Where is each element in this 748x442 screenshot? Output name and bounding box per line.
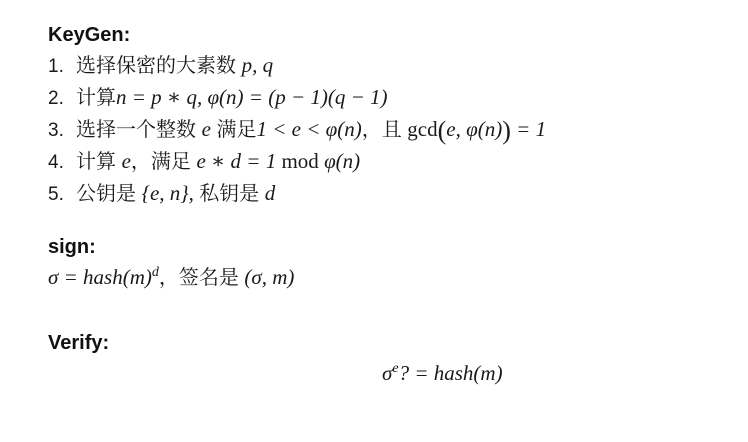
list-number: 4.	[48, 148, 76, 178]
close-paren: )	[502, 116, 511, 145]
text-segment: 选择保密的大素数	[76, 55, 242, 77]
text-segment: e	[202, 117, 211, 141]
text-segment: ，签名是	[159, 267, 245, 289]
text-segment: d	[265, 181, 276, 205]
text-segment: 计算	[76, 87, 116, 109]
text-segment: {e, n},	[142, 181, 200, 205]
text-segment: ，且	[362, 119, 408, 141]
sign-heading: sign:	[48, 232, 732, 262]
text-segment: p, q	[242, 53, 274, 77]
keygen-list: 1.选择保密的大素数 p, q 2.计算n = p ∗ q, φ(n) = (p…	[48, 50, 732, 210]
keygen-heading: KeyGen:	[48, 20, 732, 50]
text-segment: 满足	[211, 119, 257, 141]
keygen-item-4: 4.计算 e，满足 e ∗ d = 1 mod φ(n)	[48, 146, 732, 178]
document-page: KeyGen: 1.选择保密的大素数 p, q 2.计算n = p ∗ q, φ…	[0, 0, 748, 442]
keygen-item-3: 3.选择一个整数 e 满足1 < e < φ(n)，且 gcd(e, φ(n))…	[48, 114, 732, 146]
sign-formula: σ = hash(m)d，签名是 (σ, m)	[48, 262, 732, 293]
list-number: 5.	[48, 180, 76, 210]
verify-formula: σe? = hash(m)	[48, 358, 732, 389]
text-segment: 1 < e < φ(n)	[256, 117, 361, 141]
text-segment: 公钥是	[76, 183, 142, 205]
text-segment: φ(n)	[319, 149, 360, 173]
text-segment: e, φ(n)	[446, 117, 502, 141]
list-number: 2.	[48, 84, 76, 114]
text-segment: gcd	[407, 117, 437, 141]
text-segment: 私钥是	[199, 183, 265, 205]
text-segment: 选择一个整数	[76, 119, 202, 141]
open-paren: (	[438, 116, 447, 145]
text-segment: e	[122, 149, 131, 173]
text-segment: e ∗ d = 1	[196, 149, 281, 173]
document-body: KeyGen: 1.选择保密的大素数 p, q 2.计算n = p ∗ q, φ…	[48, 20, 732, 389]
verify-heading: Verify:	[48, 328, 732, 358]
text-segment: n = p ∗ q, φ(n) = (p − 1)(q − 1)	[116, 85, 388, 109]
text-segment: ，满足	[131, 151, 197, 173]
text-segment: mod	[281, 149, 318, 173]
keygen-item-2: 2.计算n = p ∗ q, φ(n) = (p − 1)(q − 1)	[48, 82, 732, 114]
text-segment: (σ, m)	[244, 265, 294, 289]
list-number: 1.	[48, 52, 76, 82]
keygen-item-1: 1.选择保密的大素数 p, q	[48, 50, 732, 82]
list-number: 3.	[48, 116, 76, 146]
exponent: d	[152, 265, 159, 280]
text-segment: σ	[382, 361, 392, 385]
text-segment: = 1	[511, 117, 546, 141]
text-segment: σ = hash(m)	[48, 265, 152, 289]
text-segment: ? = hash(m)	[399, 361, 503, 385]
keygen-item-5: 5.公钥是 {e, n}, 私钥是 d	[48, 178, 732, 210]
text-segment: 计算	[76, 151, 122, 173]
